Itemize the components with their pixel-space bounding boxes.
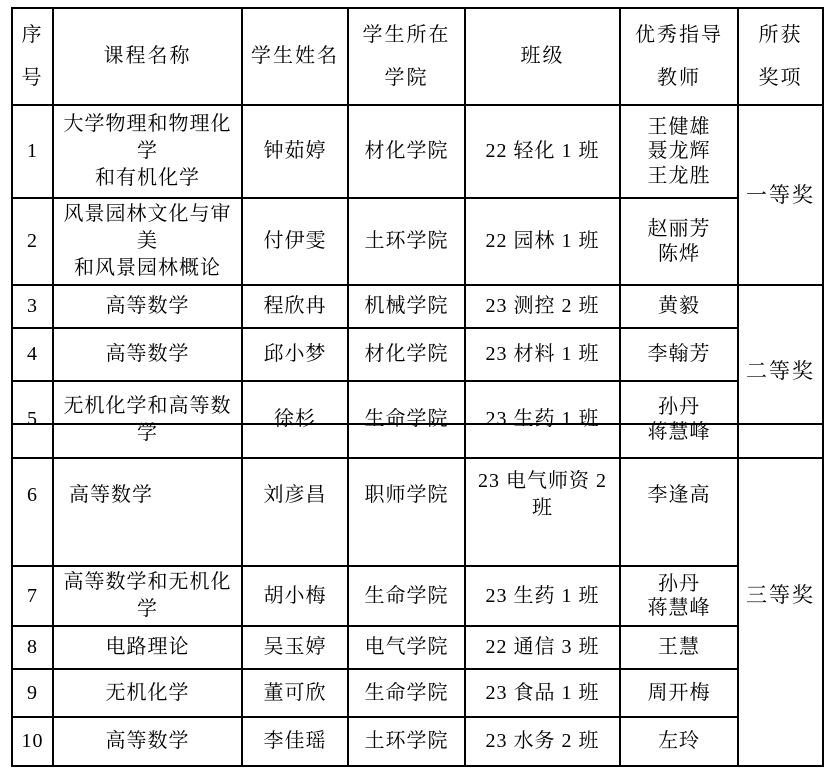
college-cell: 生命学院 bbox=[348, 669, 465, 717]
student-name-cell: 董可欣 bbox=[242, 669, 348, 717]
header-student: 学生姓名 bbox=[242, 8, 348, 105]
seq-no-cell: 7 bbox=[12, 566, 53, 626]
seq-no-cell: 10 bbox=[12, 717, 53, 766]
college-cell: 职师学院 bbox=[348, 424, 465, 566]
advisor-cell: 李逢高 bbox=[620, 424, 738, 566]
advisor-cell: 李翰芳 bbox=[620, 328, 738, 381]
advisor-cell: 周开梅 bbox=[620, 669, 738, 717]
student-name-cell: 钟茹婷 bbox=[242, 105, 348, 198]
seq-no-cell: 8 bbox=[12, 626, 53, 669]
award-grade-cell: 三等奖 bbox=[738, 424, 823, 766]
header-row: 序 号 课程名称 学生姓名 学生所在 学院 班级 优秀指导 教师 所获 奖项 bbox=[12, 8, 823, 105]
student-name-cell: 付伊雯 bbox=[242, 198, 348, 285]
advisor-cell: 王健雄 聂龙辉 王龙胜 bbox=[620, 105, 738, 198]
table-row: 10 高等数学 李佳瑶 土环学院 23 水务 2 班 左玲 bbox=[12, 717, 823, 766]
course-name-cell: 风景园林文化与审美 和风景园林概论 bbox=[53, 198, 242, 285]
course-name-cell: 大学物理和物理化学 和有机化学 bbox=[53, 105, 242, 198]
course-name-cell: 高等数学 bbox=[53, 285, 242, 328]
header-college: 学生所在 学院 bbox=[348, 8, 465, 105]
seq-no-cell: 9 bbox=[12, 669, 53, 717]
header-class: 班级 bbox=[465, 8, 620, 105]
header-award: 所获 奖项 bbox=[738, 8, 823, 105]
class-cell: 22 园林 1 班 bbox=[465, 198, 620, 285]
advisor-cell: 孙丹 蒋慧峰 bbox=[620, 566, 738, 626]
class-cell: 23 测控 2 班 bbox=[465, 285, 620, 328]
header-seq-no: 序 号 bbox=[12, 8, 53, 105]
seq-no-cell: 4 bbox=[12, 328, 53, 381]
table-row: 6 高等数学 刘彦昌 职师学院 23 电气师资 2 班 李逢高 三等奖 bbox=[12, 424, 823, 566]
college-cell: 土环学院 bbox=[348, 717, 465, 766]
class-cell: 22 通信 3 班 bbox=[465, 626, 620, 669]
student-name-cell: 吴玉婷 bbox=[242, 626, 348, 669]
course-name-cell: 高等数学 bbox=[53, 717, 242, 766]
seq-no-cell: 2 bbox=[12, 198, 53, 285]
header-course: 课程名称 bbox=[53, 8, 242, 105]
course-name-cell: 高等数学 bbox=[53, 328, 242, 381]
student-name-cell: 胡小梅 bbox=[242, 566, 348, 626]
award-grade-cell: 一等奖 bbox=[738, 105, 823, 285]
table-row: 9 无机化学 董可欣 生命学院 23 食品 1 班 周开梅 bbox=[12, 669, 823, 717]
header-advisor: 优秀指导 教师 bbox=[620, 8, 738, 105]
table-row: 8 电路理论 吴玉婷 电气学院 22 通信 3 班 王慧 bbox=[12, 626, 823, 669]
course-name-cell: 无机化学 bbox=[53, 669, 242, 717]
class-cell: 23 生药 1 班 bbox=[465, 566, 620, 626]
advisor-cell: 赵丽芳 陈烨 bbox=[620, 198, 738, 285]
seq-no-cell: 3 bbox=[12, 285, 53, 328]
class-cell: 23 食品 1 班 bbox=[465, 669, 620, 717]
table-row: 1 大学物理和物理化学 和有机化学 钟茹婷 材化学院 22 轻化 1 班 王健雄… bbox=[12, 105, 823, 198]
course-name-cell: 电路理论 bbox=[53, 626, 242, 669]
college-cell: 材化学院 bbox=[348, 105, 465, 198]
table-row: 3 高等数学 程欣冉 机械学院 23 测控 2 班 黄毅 二等奖 bbox=[12, 285, 823, 328]
table-row: 2 风景园林文化与审美 和风景园林概论 付伊雯 土环学院 22 园林 1 班 赵… bbox=[12, 198, 823, 285]
class-cell: 23 水务 2 班 bbox=[465, 717, 620, 766]
advisor-cell: 黄毅 bbox=[620, 285, 738, 328]
award-table-part-2: 6 高等数学 刘彦昌 职师学院 23 电气师资 2 班 李逢高 三等奖 7 高等… bbox=[11, 423, 824, 767]
class-cell: 22 轻化 1 班 bbox=[465, 105, 620, 198]
student-name-cell: 李佳瑶 bbox=[242, 717, 348, 766]
course-name-cell: 高等数学和无机化学 bbox=[53, 566, 242, 626]
award-table-part-1: 序 号 课程名称 学生姓名 学生所在 学院 班级 优秀指导 教师 所获 奖项 1… bbox=[11, 7, 824, 459]
document-page: 序 号 课程名称 学生姓名 学生所在 学院 班级 优秀指导 教师 所获 奖项 1… bbox=[0, 0, 834, 771]
advisor-cell: 王慧 bbox=[620, 626, 738, 669]
college-cell: 生命学院 bbox=[348, 566, 465, 626]
class-cell: 23 电气师资 2 班 bbox=[465, 424, 620, 566]
seq-no-cell: 6 bbox=[12, 424, 53, 566]
table-row: 7 高等数学和无机化学 胡小梅 生命学院 23 生药 1 班 孙丹 蒋慧峰 bbox=[12, 566, 823, 626]
course-name-cell: 高等数学 bbox=[53, 424, 242, 566]
advisor-cell: 左玲 bbox=[620, 717, 738, 766]
student-name-cell: 刘彦昌 bbox=[242, 424, 348, 566]
class-cell: 23 材料 1 班 bbox=[465, 328, 620, 381]
college-cell: 机械学院 bbox=[348, 285, 465, 328]
college-cell: 土环学院 bbox=[348, 198, 465, 285]
table-row: 4 高等数学 邱小梦 材化学院 23 材料 1 班 李翰芳 bbox=[12, 328, 823, 381]
college-cell: 材化学院 bbox=[348, 328, 465, 381]
college-cell: 电气学院 bbox=[348, 626, 465, 669]
student-name-cell: 邱小梦 bbox=[242, 328, 348, 381]
student-name-cell: 程欣冉 bbox=[242, 285, 348, 328]
seq-no-cell: 1 bbox=[12, 105, 53, 198]
